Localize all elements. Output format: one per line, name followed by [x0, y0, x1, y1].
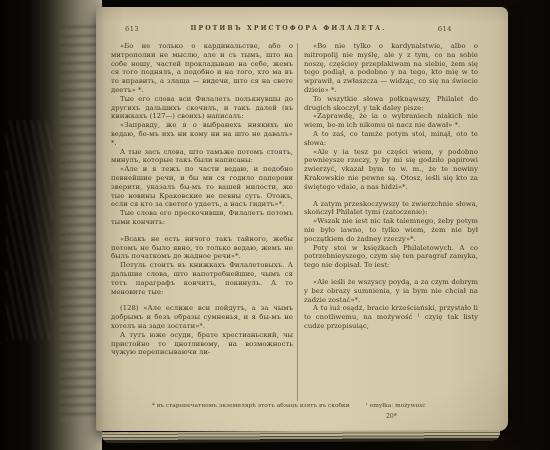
book-photo: 613 ПРОТИВЪ ХРИСТОФОРА ФИЛАЛЕТА. 614 «Бо… [0, 0, 550, 450]
paragraph: (128) «Але еслиже вси пойдутъ, а за чымъ… [111, 304, 293, 330]
paragraph: «Zaprawdę, że ia o wybraniech niakich ni… [304, 112, 478, 130]
page-header: 613 ПРОТИВЪ ХРИСТОФОРА ФИЛАЛЕТА. 614 [111, 25, 478, 35]
paragraph: «Всакъ не есть ничого такъ тайного, жебы… [111, 235, 293, 261]
facing-page-edge [0, 0, 102, 450]
paragraph: Потуль стоитъ въ книжкахъ Филалетовыхъ. … [111, 261, 293, 296]
paragraph: А тые засъ слова, што тамъже потомъ стоя… [111, 148, 293, 166]
paragraph: A tu iuż osądź, bracie krześciański, prz… [304, 304, 478, 330]
paragraph: «Bo nie tylko o kardynalstwie, albo o mi… [304, 42, 478, 95]
paragraph: A zatym przeskoczywszy te zwierzchnie sł… [304, 200, 478, 218]
page-stack-texture [6, 120, 52, 340]
paragraph: Тые его слова вси Филалетъ полькнувшы до… [111, 95, 293, 121]
book-page: 613 ПРОТИВЪ ХРИСТОФОРА ФИЛАЛЕТА. 614 «Бо… [96, 7, 508, 431]
paragraph: «Заправду, же я о выбранехъ ниякихъ не в… [111, 121, 293, 147]
paragraph: «Ale y ia tesz po części wiem, y podobno… [304, 148, 478, 192]
paragraph: To wszytkie słowa połknąwszy, Philalet d… [304, 95, 478, 113]
paragraph: «Бо не только о кардинальстве, або о мит… [111, 42, 293, 95]
paragraph: А тутъ юже осуди, брате хрестианьский, ч… [111, 331, 293, 357]
paragraph: «Але и я тежъ по части ведаю, и подобно … [111, 165, 293, 209]
paragraph: «Wszak nie iest nic tak taiemnego, żeby … [304, 217, 478, 243]
footnote-right: ¹ omyłka: możywość [366, 403, 426, 409]
footnote-line: * въ старопечатномъ экземплярѣ этотъ абз… [152, 403, 482, 409]
paragraph: Poty stoi w księżkach Philaletowych. A c… [304, 244, 478, 270]
paragraph: A to zaś, co tamże potym stoi, minął, ot… [304, 130, 478, 148]
signature-mark: 20* [386, 413, 397, 420]
text-block: «Бо не только о кардинальстве, або о мит… [111, 42, 478, 403]
footnote-left: * въ старопечатномъ экземплярѣ этотъ абз… [152, 403, 350, 409]
bottom-page-edges [102, 430, 500, 443]
text-column-ruthenian: «Бо не только о кардинальстве, або о мит… [111, 42, 293, 403]
page-number-right: 614 [438, 25, 452, 33]
running-title: ПРОТИВЪ ХРИСТОФОРА ФИЛАЛЕТА. [105, 25, 472, 32]
text-column-polish: «Bo nie tylko o kardynalstwie, albo o mi… [304, 42, 478, 403]
paragraph: «Ale ieśli że wszyscy poydą, a za czym d… [304, 278, 478, 304]
paragraph: Тые слова его прескочивши, Филалетъ пото… [111, 209, 293, 227]
